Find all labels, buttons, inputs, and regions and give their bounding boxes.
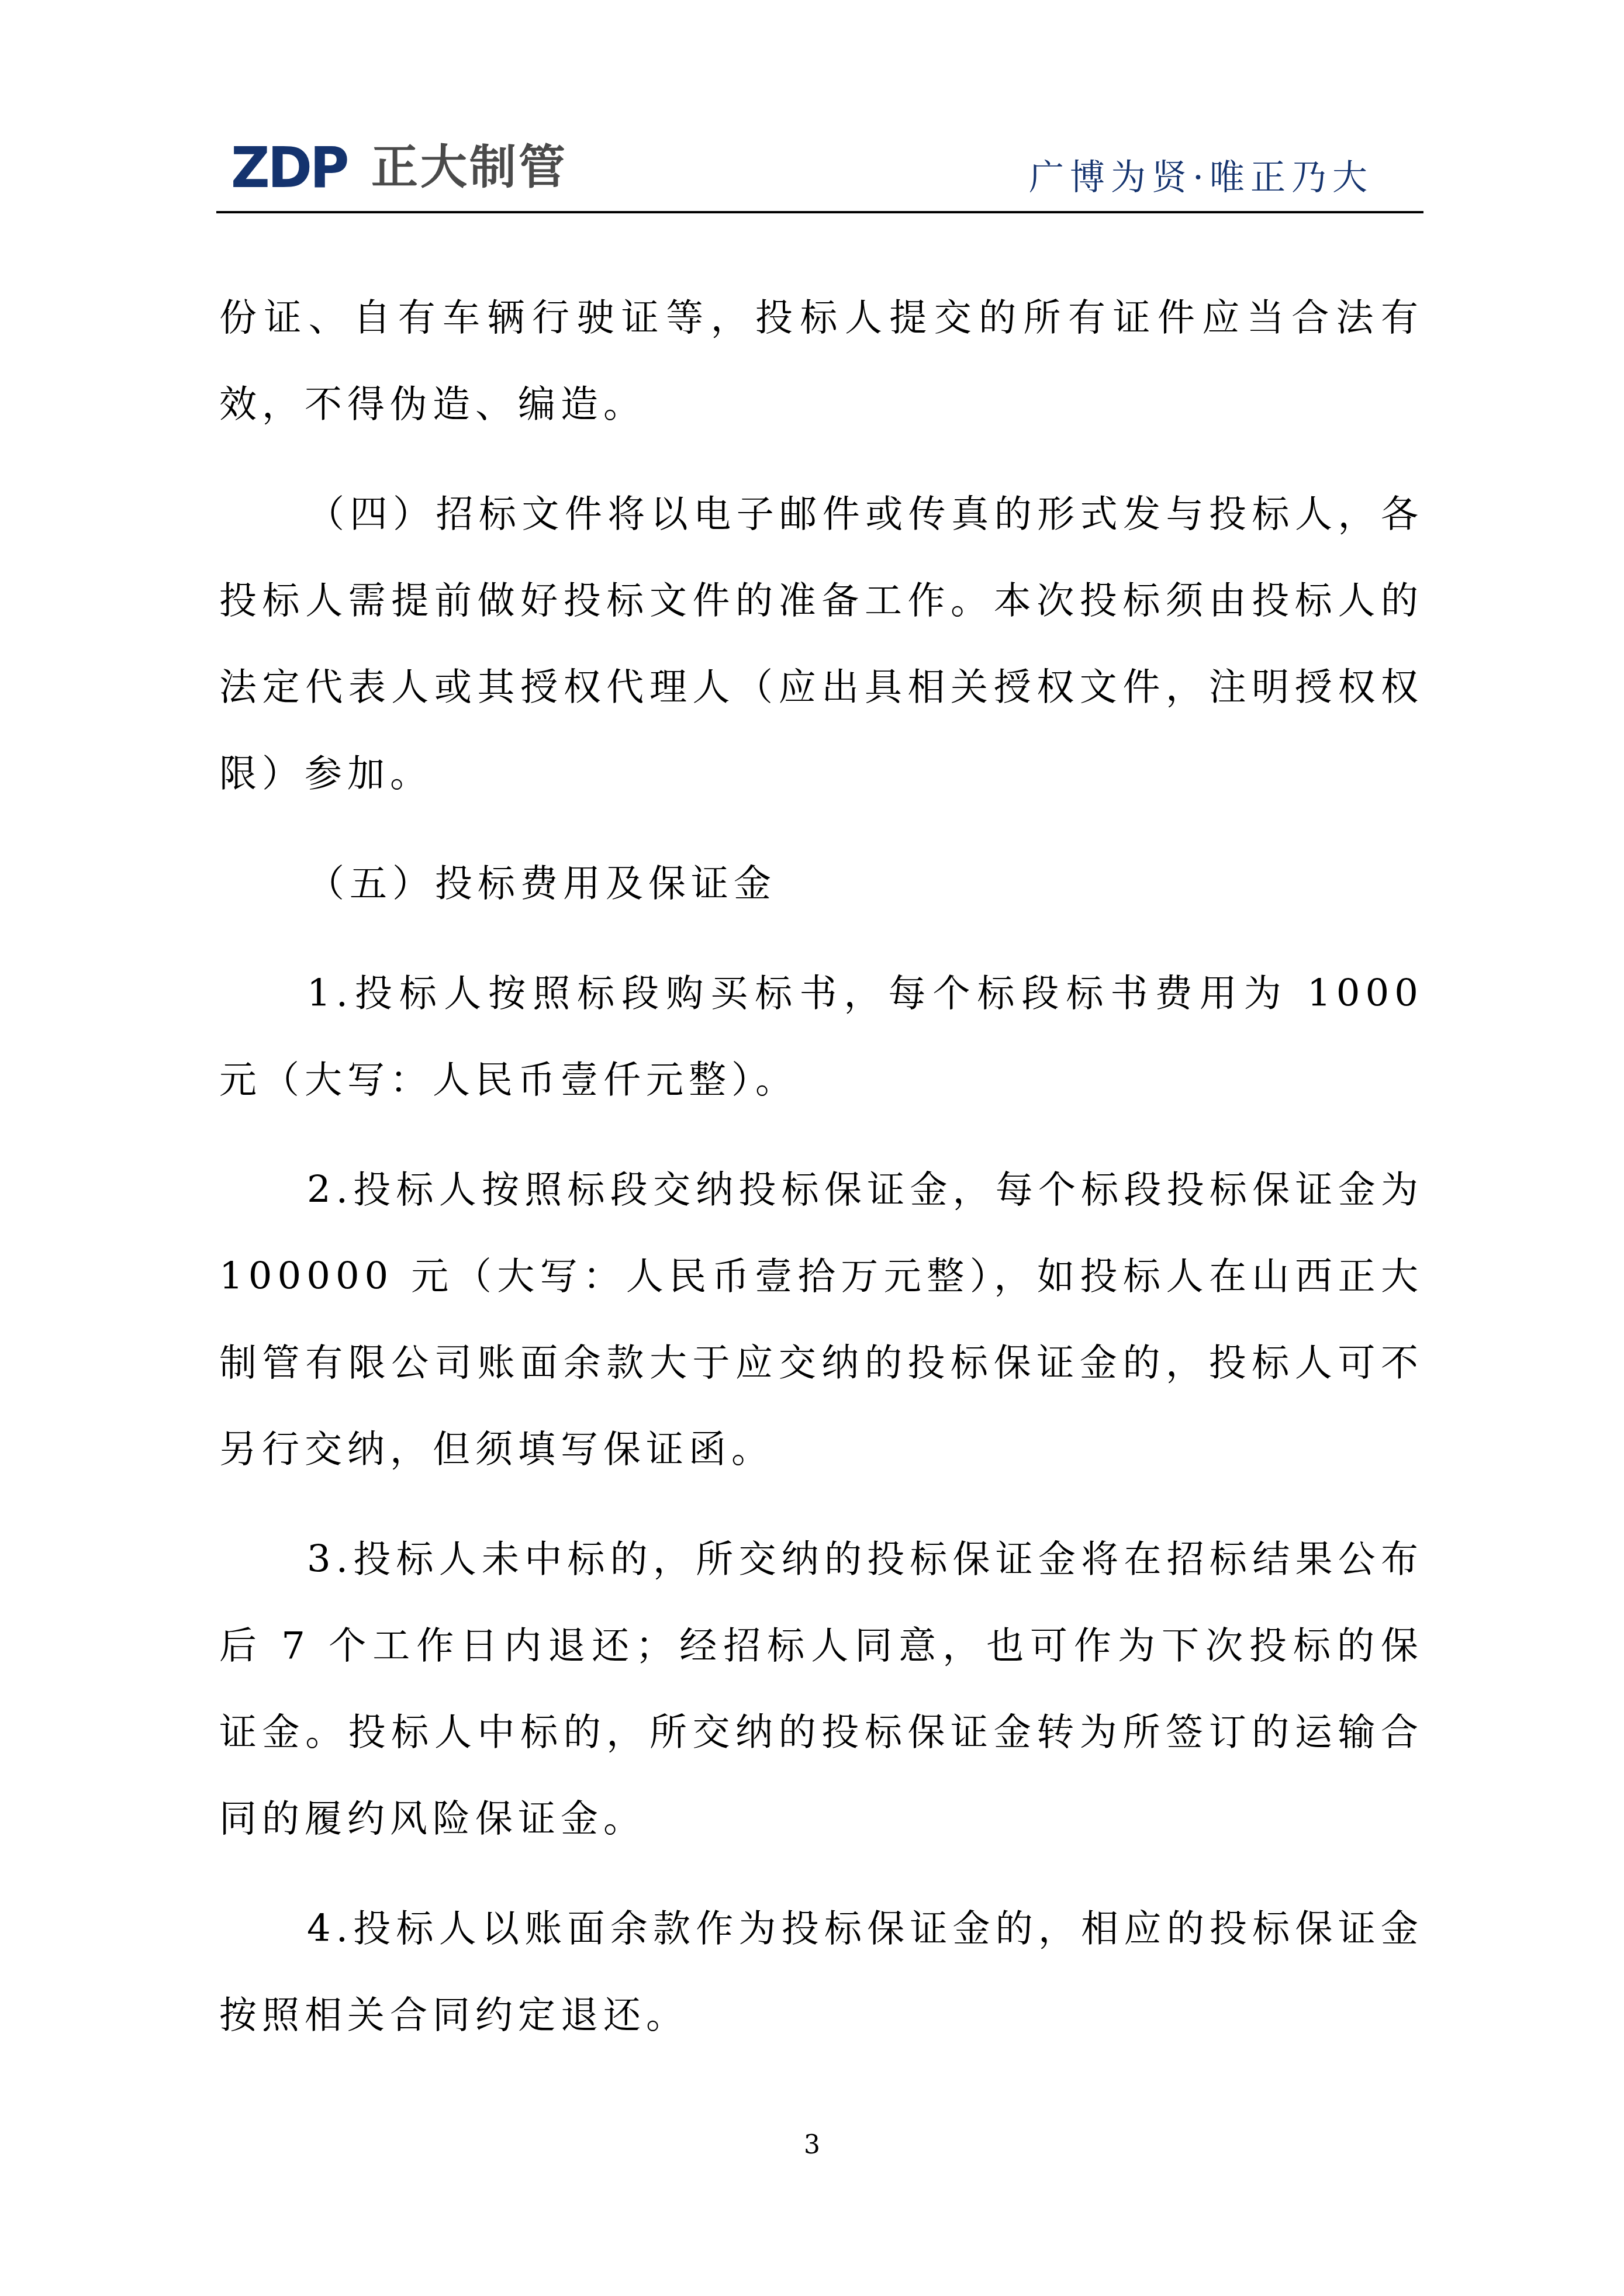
- page-header: ZDP 正大制管 广博为贤·唯正乃大: [0, 0, 1624, 222]
- company-name: 正大制管: [371, 144, 568, 191]
- paragraph-id-docs-validity: 份证、自有车辆行驶证等，投标人提交的所有证件应当合法有效，不得伪造、编造。: [219, 275, 1423, 448]
- zdp-logo-icon: ZDP: [231, 146, 360, 189]
- paragraph-item-3-deposit-refund: 3.投标人未中标的，所交纳的投标保证金将在招标结果公布后 7 个工作日内退还；经…: [219, 1516, 1423, 1862]
- paragraph-item-4-account-balance: 4.投标人以账面余款作为投标保证金的，相应的投标保证金按照相关合同约定退还。: [219, 1886, 1423, 2059]
- paragraph-item-1-tender-fee: 1.投标人按照标段购买标书，每个标段标书费用为 1000 元（大写：人民币壹仟元…: [219, 950, 1423, 1123]
- section-heading-5-fees-deposit: （五）投标费用及保证金: [219, 841, 1423, 927]
- paragraph-item-2-bid-deposit: 2.投标人按照标段交纳投标保证金，每个标段投标保证金为 100000 元（大写：…: [219, 1147, 1423, 1493]
- page-number: 3: [0, 2128, 1624, 2163]
- document-body: 份证、自有车辆行驶证等，投标人提交的所有证件应当合法有效，不得伪造、编造。 （四…: [219, 275, 1423, 2082]
- paragraph-section-4-bid-documents: （四）招标文件将以电子邮件或传真的形式发与投标人，各投标人需提前做好投标文件的准…: [219, 471, 1423, 817]
- header-divider: [216, 211, 1423, 213]
- company-slogan: 广博为贤·唯正乃大: [1029, 157, 1373, 199]
